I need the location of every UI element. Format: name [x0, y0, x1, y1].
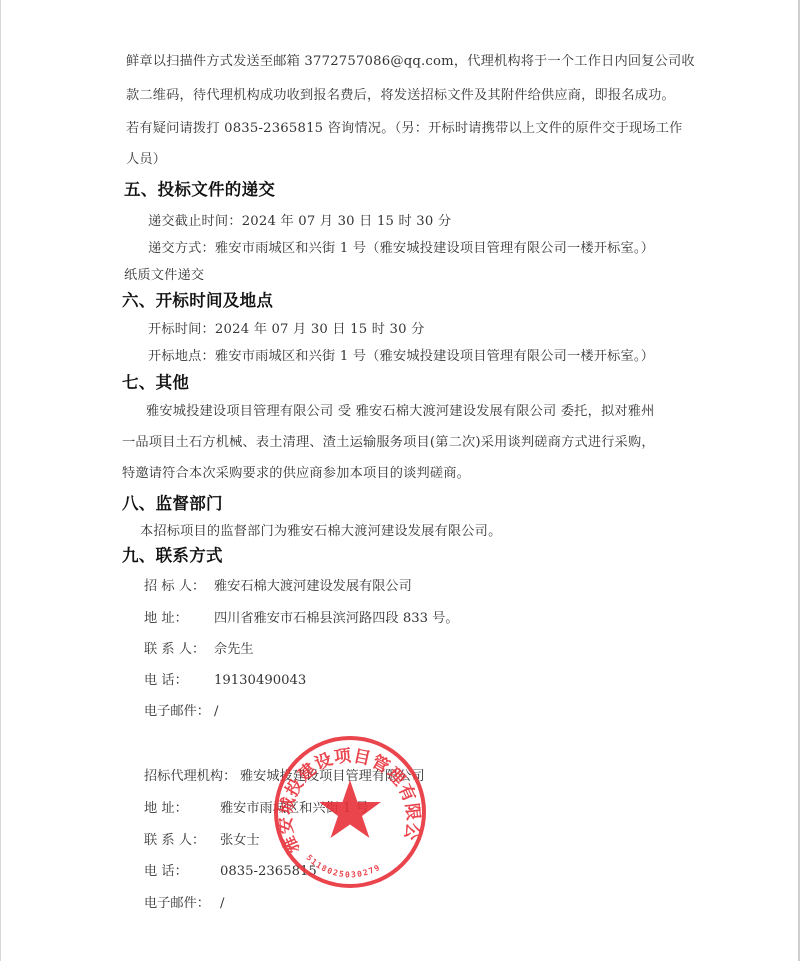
star-icon — [319, 780, 381, 838]
agency-email-row: 电子邮件：/ — [144, 892, 224, 911]
tenderer-email-row: 电子邮件：/ — [144, 700, 218, 719]
field-value: 佘先生 — [214, 642, 254, 657]
field-label: 电子邮件： — [144, 892, 220, 911]
section-5-title: 五、投标文件的递交 — [124, 176, 275, 200]
field-label: 招标代理机构： — [144, 765, 240, 784]
company-seal-icon: 雅安城投建设项目管理有限公司 5118025030279 — [270, 732, 430, 892]
intro-line-2: 款二维码，待代理机构成功收到报名费后，将发送招标文件及其附件给供应商，即报名成功… — [126, 84, 675, 103]
opening-time: 开标时间：2024 年 07 月 30 日 15 时 30 分 — [148, 318, 425, 337]
submission-method: 递交方式：雅安市雨城区和兴街 1 号（雅安城投建设项目管理有限公司一楼开标室。） — [148, 237, 654, 256]
tenderer-name-row: 招 标 人：雅安石棉大渡河建设发展有限公司 — [144, 575, 412, 594]
section-8-title: 八、监督部门 — [122, 490, 223, 514]
tenderer-address-row: 地 址：四川省雅安市石棉县滨河路四段 833 号。 — [144, 607, 459, 626]
seal-code: 5118025030279 — [304, 853, 382, 879]
field-label: 地 址： — [144, 797, 220, 816]
submission-deadline: 递交截止时间：2024 年 07 月 30 日 15 时 30 分 — [148, 210, 451, 229]
agency-contact-row: 联 系 人：张女士 — [144, 829, 260, 848]
field-value: / — [214, 704, 218, 719]
field-label: 联 系 人： — [144, 638, 214, 657]
other-line-3: 特邀请符合本次采购要求的供应商参加本项目的谈判磋商。 — [122, 462, 470, 481]
section-7-title: 七、其他 — [122, 369, 189, 393]
section-9-title: 九、联系方式 — [122, 542, 223, 566]
opening-place: 开标地点：雅安市雨城区和兴街 1 号（雅安城投建设项目管理有限公司一楼开标室。） — [148, 345, 654, 364]
intro-line-1: 鲜章以扫描件方式发送至邮箱 3772757086@qq.com，代理机构将于一个… — [126, 50, 695, 69]
field-label: 联 系 人： — [144, 829, 220, 848]
tenderer-phone-row: 电 话：19130490043 — [144, 669, 306, 688]
other-line-2: 一品项目土石方机械、表土清理、渣土运输服务项目(第二次)采用谈判磋商方式进行采购… — [122, 431, 655, 450]
field-label: 招 标 人： — [144, 575, 214, 594]
field-value: 19130490043 — [214, 673, 306, 688]
field-label: 电 话： — [144, 860, 220, 879]
submission-method-cont: 纸质文件递交 — [124, 264, 204, 283]
page-edge-left — [0, 0, 1, 961]
supervision-text: 本招标项目的监督部门为雅安石棉大渡河建设发展有限公司。 — [140, 520, 501, 539]
field-value: / — [220, 896, 224, 911]
tenderer-contact-row: 联 系 人：佘先生 — [144, 638, 254, 657]
field-value: 雅安石棉大渡河建设发展有限公司 — [214, 579, 412, 594]
field-label: 地 址： — [144, 607, 214, 626]
section-6-title: 六、开标时间及地点 — [122, 287, 273, 311]
field-label: 电子邮件： — [144, 700, 214, 719]
intro-line-4: 人员） — [126, 148, 166, 167]
field-value: 四川省雅安市石棉县滨河路四段 833 号。 — [214, 611, 459, 626]
other-line-1: 雅安城投建设项目管理有限公司 受 雅安石棉大渡河建设发展有限公司 委托，拟对雅州 — [146, 400, 655, 419]
field-value: 张女士 — [220, 833, 260, 848]
field-label: 电 话： — [144, 669, 214, 688]
intro-line-3: 若有疑问请拨打 0835-2365815 咨询情况。（另：开标时请携带以上文件的… — [126, 117, 683, 136]
svg-text:5118025030279: 5118025030279 — [304, 853, 382, 879]
